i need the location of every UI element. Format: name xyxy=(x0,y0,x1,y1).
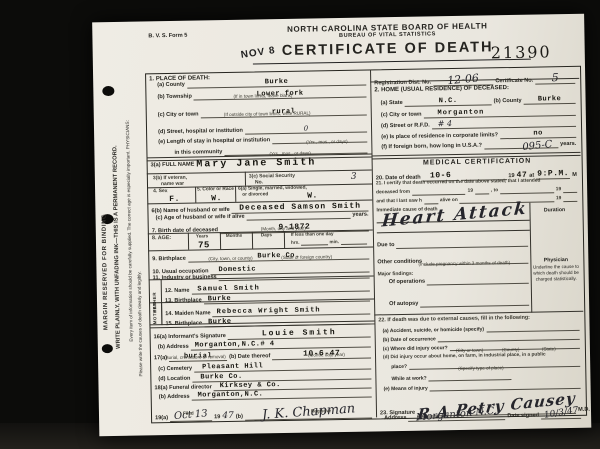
foreign-born-unit: years. xyxy=(560,142,576,148)
informant-addr-value: Morganton,N.C.# 4 xyxy=(195,341,275,349)
father-name-value: Samuel Smith xyxy=(197,285,260,293)
blank-line xyxy=(563,200,577,202)
certificate-title: CERTIFICATE OF DEATH xyxy=(253,39,523,60)
age-label: 8. AGE: xyxy=(152,236,171,242)
margin-supplied-note: Every item of information should be care… xyxy=(123,34,135,429)
cemetery-label: (c) Cemetery xyxy=(158,367,192,373)
physician-box-note: Underline the cause to which death shoul… xyxy=(532,264,579,283)
certify-19a: 19 xyxy=(468,190,473,195)
director-addr-value: Morganton,N.C. xyxy=(197,391,263,399)
informant-addr-label: (b) Address xyxy=(158,345,189,351)
sex-label: 4. Sex xyxy=(153,189,168,194)
residence-city-value: Morganton xyxy=(437,109,484,117)
certificate-page: MARGIN RESERVED FOR BINDING WRITE PLAINL… xyxy=(92,14,591,437)
birthplace-label: 9. Birthplace xyxy=(152,257,186,263)
injury-means-label: (e) Means of injury xyxy=(384,387,428,393)
cemetery-location-value: Burke Co. xyxy=(200,374,242,382)
certify-to-label: , to xyxy=(491,189,498,194)
marital-label2: or divorced xyxy=(242,193,268,198)
age-days-label: Days xyxy=(261,233,272,238)
death-time-value: 9:P.M. xyxy=(537,170,569,179)
birthplace-note2: (State or foreign country) xyxy=(281,255,332,260)
margin-permanent-note: WRITE PLAINLY, WITH UNFADING INK—THIS IS… xyxy=(111,62,123,432)
of-autopsy-label: Of autopsy xyxy=(389,302,418,308)
certify-from-label: deceased from xyxy=(376,191,410,196)
residence-state-value: N.C. xyxy=(439,98,458,105)
informant-sig-value: Louie Smith xyxy=(262,329,337,338)
cell-divider xyxy=(245,172,246,186)
burial-date-note: (Month, day, year) xyxy=(308,353,345,358)
while-at-work-label: While at work? xyxy=(391,377,426,383)
age-years-label: Years xyxy=(196,234,208,239)
certify-alive-label: alive on xyxy=(440,199,458,204)
stay-note: (Yrs., mos., or days) xyxy=(306,140,347,145)
residence-state-label: (a) State xyxy=(381,101,403,107)
cemetery-location-label: (d) Location xyxy=(158,377,190,383)
residence-county-value: Burke xyxy=(538,96,562,103)
blank-line xyxy=(563,191,577,193)
residence-city-label: (c) City or town xyxy=(381,113,422,119)
blank-line xyxy=(475,192,489,194)
due-to-label: Due to xyxy=(377,243,395,249)
filed-note: Filed xyxy=(183,412,194,417)
full-name-label: 3(a) FULL NAME xyxy=(151,163,195,169)
of-operations-label: Of operations xyxy=(389,280,425,286)
race-label: 5. Color or Race xyxy=(197,188,234,193)
residence-street-value: # 4 xyxy=(438,120,452,128)
ssn-value: 3 xyxy=(351,172,357,182)
physician-addr-label: Address xyxy=(384,416,406,422)
father-name-label: 12. Name xyxy=(165,289,190,295)
age-min-label: min. xyxy=(329,240,339,245)
age-hrs-label: hrs. xyxy=(291,241,300,246)
duration-label: Duration xyxy=(531,207,577,214)
registrar-note: Registrar xyxy=(311,409,331,414)
injury-place-label2: place? xyxy=(391,365,407,370)
place-county-value: Burke xyxy=(265,79,289,86)
cemetery-value: Pleasant Hill xyxy=(202,363,263,371)
corporate-limits-value: no xyxy=(533,130,543,137)
certify-saw-label: and that I last saw h xyxy=(376,200,422,206)
place-township-label: (b) Township xyxy=(157,95,191,101)
certificate-serial: 21390 xyxy=(491,42,552,62)
date-signed-label: Date signed xyxy=(507,414,539,420)
injury-place-note: (Specify type of place) xyxy=(458,366,504,371)
title-underline xyxy=(253,59,531,65)
form-number: B. V. S. Form 5 xyxy=(148,33,187,40)
filed-year-pre: 19 xyxy=(214,416,220,422)
registrar-label: (b) xyxy=(236,415,243,421)
mother-name-label: 14. Maiden Name xyxy=(165,312,210,318)
occupation-value: Domestic xyxy=(218,266,256,274)
age-months-label: Months xyxy=(226,234,242,239)
major-findings-label: Major findings: xyxy=(378,272,414,278)
place-street-value: 0 xyxy=(304,126,309,133)
funeral-director-value: Kirksey & Co. xyxy=(220,382,281,390)
occurrence-date-label: (b) Date of occurrence xyxy=(383,337,436,343)
mother-name-value: Rebecca Wright Smith xyxy=(217,307,321,316)
filed-year-value: 47 xyxy=(222,412,234,421)
marital-value: W. xyxy=(307,191,318,200)
certify-19c: 19 xyxy=(556,197,561,202)
other-conditions-label: Other conditions xyxy=(377,260,422,266)
injury-where-note3: (State) xyxy=(542,347,556,352)
margin-legibly-note: Please write the causes of death clearly… xyxy=(136,222,145,427)
death-m-label: M xyxy=(572,173,577,179)
director-addr-label: (b) Address xyxy=(159,395,190,401)
registrar-signature: J. K. Chapman xyxy=(261,402,355,421)
spouse-age-unit: years. xyxy=(352,213,368,219)
birthplace-note1: (City, town, or county) xyxy=(208,257,252,262)
blank-line xyxy=(424,202,438,204)
filed-label: 19(a) xyxy=(155,416,168,422)
mother-side-label: MOTHER xyxy=(152,302,157,324)
margin-binding-note: MARGIN RESERVED FOR BINDING xyxy=(100,112,112,432)
residence-county-label: (b) County xyxy=(494,99,522,105)
residence-street-label: (d) Street or R.F.D. xyxy=(381,124,430,130)
spouse-value: Deceased Samson Smith xyxy=(239,203,361,213)
age-less-label: If less than one day xyxy=(291,232,334,237)
certify-19b: 19 xyxy=(556,188,561,193)
place-city-label: (c) City or town xyxy=(158,113,199,119)
date-signed-handwriting: 10/3/47 xyxy=(543,407,579,421)
physician-box-title: Physician xyxy=(533,257,578,264)
place-county-label: (a) County xyxy=(157,83,185,89)
burial-date-label: (b) Date thereof xyxy=(229,355,270,361)
full-name-value: Mary Jane Smith xyxy=(196,158,316,170)
